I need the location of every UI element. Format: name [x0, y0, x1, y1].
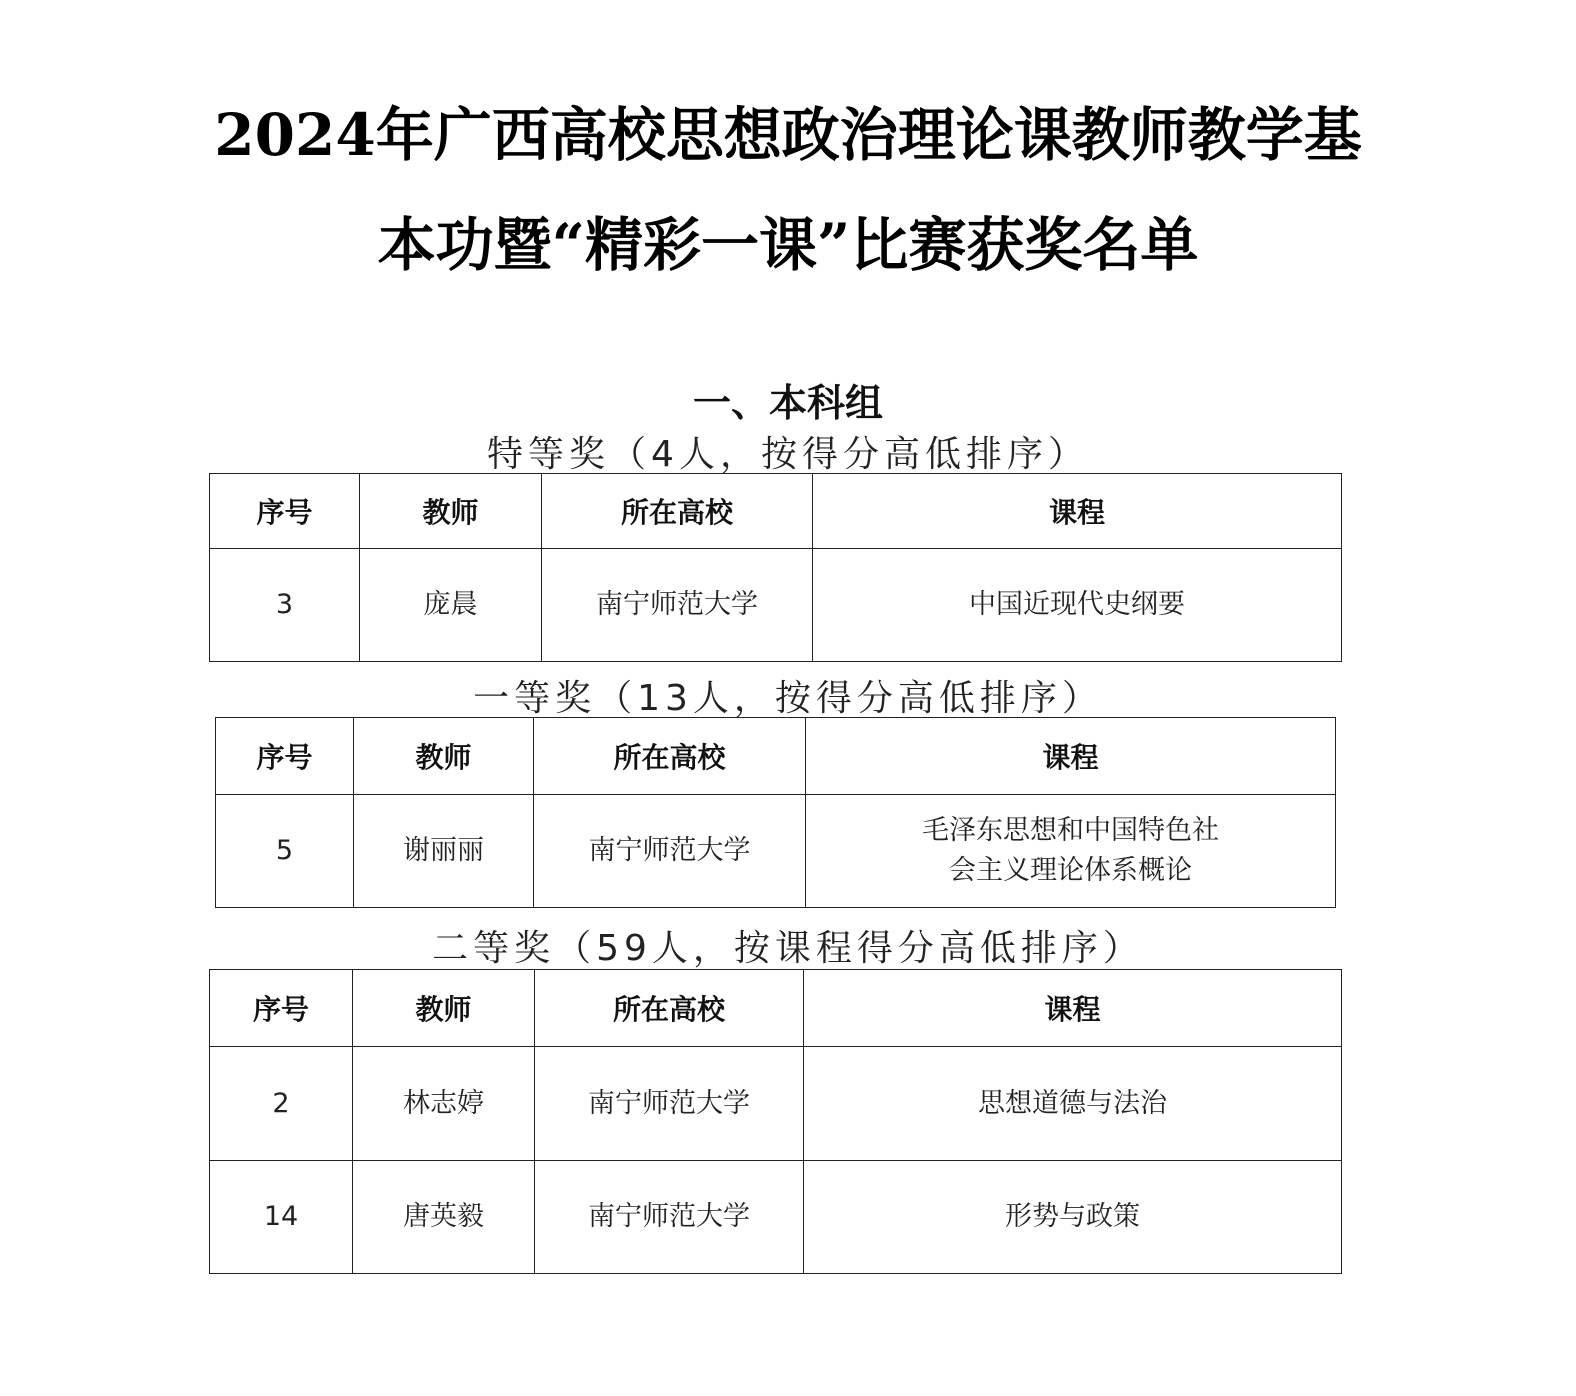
column-header-course: 课程	[804, 970, 1342, 1047]
award-heading-second: 二等奖（59人，按课程得分高低排序）	[0, 920, 1576, 971]
cell-teacher: 谢丽丽	[354, 795, 534, 908]
cell-school: 南宁师范大学	[542, 549, 813, 662]
column-header-no: 序号	[216, 718, 354, 795]
document-title-line-1: 2024年广西高校思想政治理论课教师教学基	[0, 106, 1576, 164]
table-row: 2 林志婷 南宁师范大学 思想道德与法治	[210, 1047, 1342, 1161]
table-row: 3 庞晨 南宁师范大学 中国近现代史纲要	[210, 549, 1342, 662]
table-header-row: 序号 教师 所在高校 课程	[210, 970, 1342, 1047]
section-heading-undergraduate: 一、本科组	[0, 372, 1576, 427]
cell-teacher: 林志婷	[353, 1047, 535, 1161]
first-prize-table: 序号 教师 所在高校 课程 5 谢丽丽 南宁师范大学 毛泽东思想和中国特色社 会…	[215, 717, 1336, 908]
cell-no: 2	[210, 1047, 353, 1161]
column-header-teacher: 教师	[360, 474, 542, 549]
table-row: 14 唐英毅 南宁师范大学 形势与政策	[210, 1161, 1342, 1274]
cell-no: 5	[216, 795, 354, 908]
special-prize-table: 序号 教师 所在高校 课程 3 庞晨 南宁师范大学 中国近现代史纲要	[209, 473, 1342, 662]
table-header-row: 序号 教师 所在高校 课程	[216, 718, 1336, 795]
column-header-school: 所在高校	[542, 474, 813, 549]
column-header-course: 课程	[813, 474, 1342, 549]
document-title-line-2: 本功暨“精彩一课”比赛获奖名单	[0, 216, 1576, 274]
column-header-teacher: 教师	[354, 718, 534, 795]
cell-school: 南宁师范大学	[534, 795, 806, 908]
award-heading-first: 一等奖（13人，按得分高低排序）	[0, 670, 1576, 721]
award-heading-special: 特等奖（4人，按得分高低排序）	[0, 426, 1576, 477]
cell-course: 形势与政策	[804, 1161, 1342, 1274]
cell-no: 3	[210, 549, 360, 662]
cell-course: 中国近现代史纲要	[813, 549, 1342, 662]
cell-teacher: 庞晨	[360, 549, 542, 662]
cell-course: 毛泽东思想和中国特色社 会主义理论体系概论	[806, 795, 1336, 908]
table-header-row: 序号 教师 所在高校 课程	[210, 474, 1342, 549]
column-header-teacher: 教师	[353, 970, 535, 1047]
cell-teacher: 唐英毅	[353, 1161, 535, 1274]
column-header-no: 序号	[210, 474, 360, 549]
cell-school: 南宁师范大学	[535, 1161, 804, 1274]
column-header-no: 序号	[210, 970, 353, 1047]
second-prize-table: 序号 教师 所在高校 课程 2 林志婷 南宁师范大学 思想道德与法治 14 唐英…	[209, 969, 1342, 1274]
cell-course-line-1: 毛泽东思想和中国特色社	[806, 811, 1335, 851]
column-header-course: 课程	[806, 718, 1336, 795]
cell-no: 14	[210, 1161, 353, 1274]
column-header-school: 所在高校	[535, 970, 804, 1047]
cell-school: 南宁师范大学	[535, 1047, 804, 1161]
column-header-school: 所在高校	[534, 718, 806, 795]
table-row: 5 谢丽丽 南宁师范大学 毛泽东思想和中国特色社 会主义理论体系概论	[216, 795, 1336, 908]
cell-course: 思想道德与法治	[804, 1047, 1342, 1161]
cell-course-line-2: 会主义理论体系概论	[806, 851, 1335, 891]
